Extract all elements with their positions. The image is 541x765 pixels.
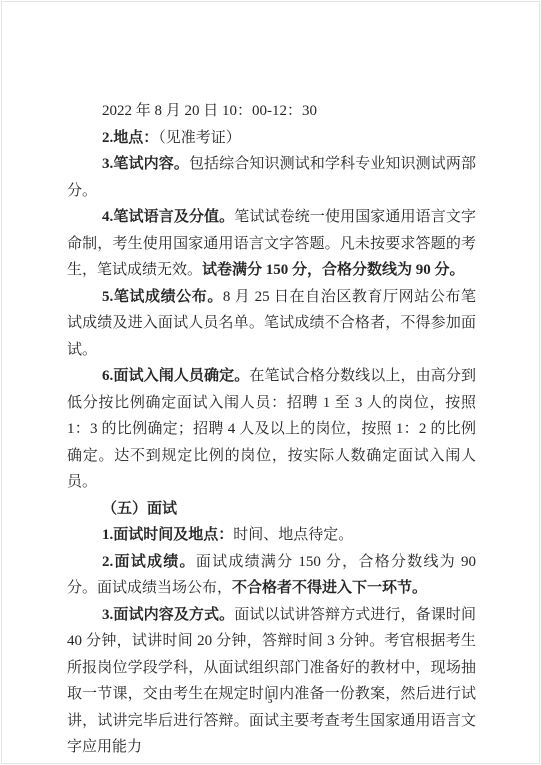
- body-text: （见准考证）: [158, 130, 241, 146]
- paragraph: 3.面试内容及方式。面试以试讲答辩方式进行，备课时间 40 分钟，试讲时间 20…: [67, 602, 476, 761]
- paragraph: 2022 年 8 月 20 日 10：00-12：30: [67, 98, 476, 125]
- body-text: 时间、地点待定。: [233, 527, 353, 543]
- paragraph: 2.面试成绩。面试成绩满分 150 分，合格分数线为 90 分。面试成绩当场公布…: [67, 549, 476, 602]
- body-text: 面试以试讲答辩方式进行，备课时间 40 分钟，试讲时间 20 分钟，答辩时间 3…: [67, 607, 476, 756]
- emphasis-text: 不合格者不得进入下一环节。: [232, 580, 427, 596]
- paragraph: 1.面试时间及地点：时间、地点待定。: [67, 522, 476, 549]
- emphasis-text: 6.面试入闱人员确定。: [102, 368, 249, 384]
- emphasis-text: 2.地点：: [102, 130, 158, 146]
- paragraph: 4.笔试语言及分值。笔试试卷统一使用国家通用语言文字命制，考生使用国家通用语言文…: [67, 204, 476, 284]
- emphasis-text: 试卷满分 150 分，合格分数线为 90 分。: [202, 262, 465, 278]
- document-page: 2022 年 8 月 20 日 10：00-12：302.地点：（见准考证）3.…: [1, 1, 540, 764]
- paragraph: （五）面试: [67, 496, 476, 523]
- emphasis-text: 4.笔试语言及分值。: [102, 209, 234, 225]
- emphasis-text: （五）面试: [102, 501, 177, 517]
- page-number: 5: [2, 695, 539, 705]
- paragraph: 2.地点：（见准考证）: [67, 125, 476, 152]
- document-body: 2022 年 8 月 20 日 10：00-12：302.地点：（见准考证）3.…: [67, 98, 476, 761]
- emphasis-text: 5.笔试成绩公布。: [102, 289, 223, 305]
- paragraph: 5.笔试成绩公布。8 月 25 日在自治区教育厅网站公布笔试成绩及进入面试人员名…: [67, 284, 476, 364]
- body-text: 2022 年 8 月 20 日 10：00-12：30: [102, 103, 317, 119]
- emphasis-text: 3.笔试内容。: [102, 156, 189, 172]
- paragraph: 3.笔试内容。包括综合知识测试和学科专业知识测试两部分。: [67, 151, 476, 204]
- body-text: 在笔试合格分数线以上，由高分到低分按比例确定面试入闱人员：招聘 1 至 3 人的…: [67, 368, 476, 490]
- emphasis-text: 1.面试时间及地点：: [102, 527, 233, 543]
- emphasis-text: 3.面试内容及方式。: [102, 607, 234, 623]
- paragraph: 6.面试入闱人员确定。在笔试合格分数线以上，由高分到低分按比例确定面试入闱人员：…: [67, 363, 476, 496]
- emphasis-text: 2.面试成绩。: [102, 554, 196, 570]
